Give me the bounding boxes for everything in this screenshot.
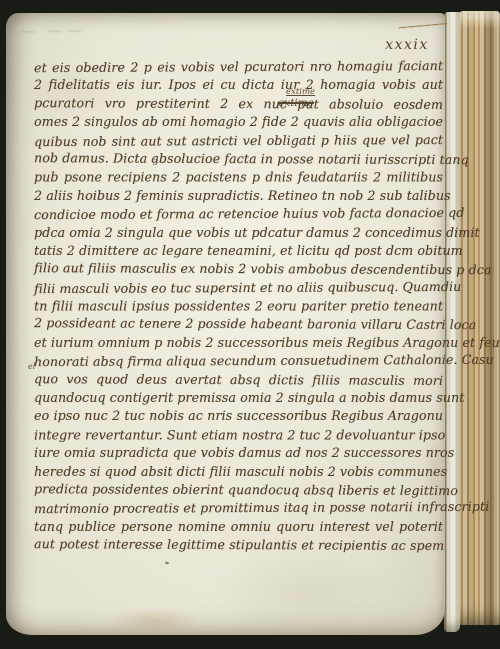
manuscript-line: quibus nob sint aut sut astricti vel obl… — [34, 130, 443, 151]
manuscript-line: filii masculi vobis eo tuc supersint et … — [34, 278, 443, 299]
show-through-marks: ~ ~~ — [18, 23, 145, 40]
book-photo: ~~~~~~ xxxix ~ ~~ et eis obedire 2 p eis… — [0, 0, 500, 649]
manuscript-line: iure omia supradicta que vobis damus ad … — [34, 444, 443, 462]
manuscript-line: nob damus. Dicta absolucioe facta in pos… — [34, 149, 443, 169]
manuscript-line: omes 2 singulos ab omi homagio 2 fide 2 … — [34, 113, 443, 131]
manuscript-line: predicta possidentes obierint quandocuq … — [34, 480, 443, 500]
manuscript-line: tanq publice persone nomine omniu quoru … — [34, 518, 443, 536]
ink-speck — [165, 561, 169, 564]
struck-word: extime — [278, 97, 314, 109]
manuscript-line: et eis obedire 2 p eis vobis vel pcurato… — [34, 57, 443, 78]
manuscript-line: heredes si quod absit dicti filii mascul… — [34, 463, 443, 481]
manuscript-line: tn filii masculi ipsius possidentes 2 eo… — [34, 298, 443, 316]
manuscript-line: quo vos quod deus avertat absq dictis fi… — [34, 370, 443, 390]
manuscript-line: tatis 2 dimittere ac legare teneamini, e… — [34, 242, 443, 260]
header-scribble: ~~~~~~ — [398, 17, 453, 35]
manuscript-line: quandocuq contigerit premissa omia 2 sin… — [34, 389, 443, 407]
manuscript-line: et iurium omnium p nobis 2 successoribus… — [34, 334, 443, 352]
manuscript-text-block: et eis obedire 2 p eis vobis vel pcurato… — [34, 58, 443, 555]
manuscript-line: integre revertantur. Sunt etiam nostra 2… — [34, 426, 443, 444]
manuscript-line: 2 fidelitatis eis iur. Ipos ei cu dicta … — [34, 76, 443, 94]
manuscript-line: matrimonio procreatis et promittimus ita… — [34, 498, 443, 519]
superscript-mark: 3 — [153, 158, 158, 167]
manuscript-line: filio aut filiis masculis ex nobis 2 vob… — [34, 259, 443, 279]
manuscript-line: honorati absq firma aliqua secundum cons… — [34, 351, 443, 372]
manuscript-line: pcuratori vro prestiterint 2 ex nuc put … — [34, 94, 443, 114]
manuscript-line: eo ipso nuc 2 tuc nobis ac nris successo… — [34, 407, 443, 425]
manuscript-page: ~~~~~~ xxxix ~ ~~ et eis obedire 2 p eis… — [6, 13, 445, 635]
interlinear-correction: extime — [286, 87, 315, 97]
manuscript-line: condicioe modo et forma ac retencioe hui… — [34, 204, 443, 225]
manuscript-line: pub psone recipiens 2 pacistens p dnis f… — [34, 169, 443, 187]
manuscript-line: 2 aliis hoibus 2 feminis supradictis. Re… — [34, 187, 443, 205]
manuscript-line: pdca omia 2 singula que vobis ut pdcatur… — [34, 224, 443, 242]
manuscript-line: aut potest interesse legittime stipulant… — [34, 535, 443, 555]
folio-number: xxxix — [378, 37, 436, 53]
manuscript-line: 2 possideant ac tenere 2 posside habeant… — [34, 315, 443, 335]
superscript-mark: el — [28, 362, 35, 371]
